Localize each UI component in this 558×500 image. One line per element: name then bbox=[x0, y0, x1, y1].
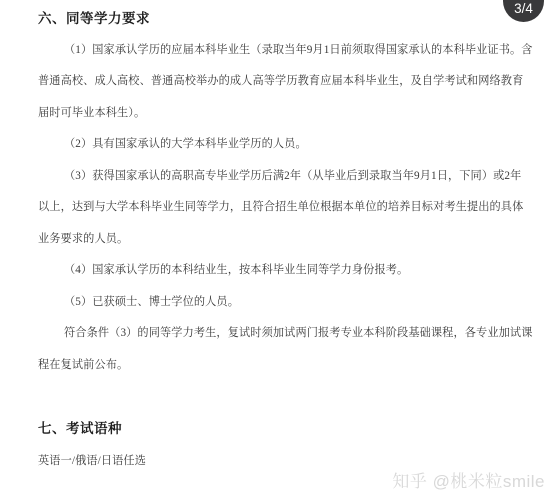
paragraph-eligibility-1: （1）国家承认学历的应届本科毕业生（录取当年9月1日前须取得国家承认的本科毕业证… bbox=[38, 35, 522, 130]
section-heading-6: 六、同等学力要求 bbox=[38, 3, 522, 35]
watermark-text: 知乎 @桃米粒smile bbox=[392, 472, 545, 491]
paragraph-eligibility-3: （3）获得国家承认的高职高专毕业学历后满2年（从毕业后到录取当年9月1日，下同）… bbox=[38, 161, 522, 256]
section-heading-7: 七、考试语种 bbox=[38, 413, 522, 445]
watermark: 知乎 @桃米粒smile bbox=[392, 467, 545, 492]
document-body: 六、同等学力要求 （1）国家承认学历的应届本科毕业生（录取当年9月1日前须取得国… bbox=[38, 3, 522, 478]
paragraph-eligibility-2: （2）具有国家承认的大学本科毕业学历的人员。 bbox=[38, 129, 522, 161]
paragraph-eligibility-4: （4）国家承认学历的本科结业生，按本科毕业生同等学力身份报考。 bbox=[38, 255, 522, 287]
page-indicator-label: 3/4 bbox=[514, 1, 533, 22]
paragraph-eligibility-5: （5）已获硕士、博士学位的人员。 bbox=[38, 287, 522, 319]
document-page: 3/4 六、同等学力要求 （1）国家承认学历的应届本科毕业生（录取当年9月1日前… bbox=[0, 0, 558, 500]
paragraph-extra-exam-note: 符合条件（3）的同等学力考生，复试时须加试两门报考专业本科阶段基础课程，各专业加… bbox=[38, 318, 522, 381]
